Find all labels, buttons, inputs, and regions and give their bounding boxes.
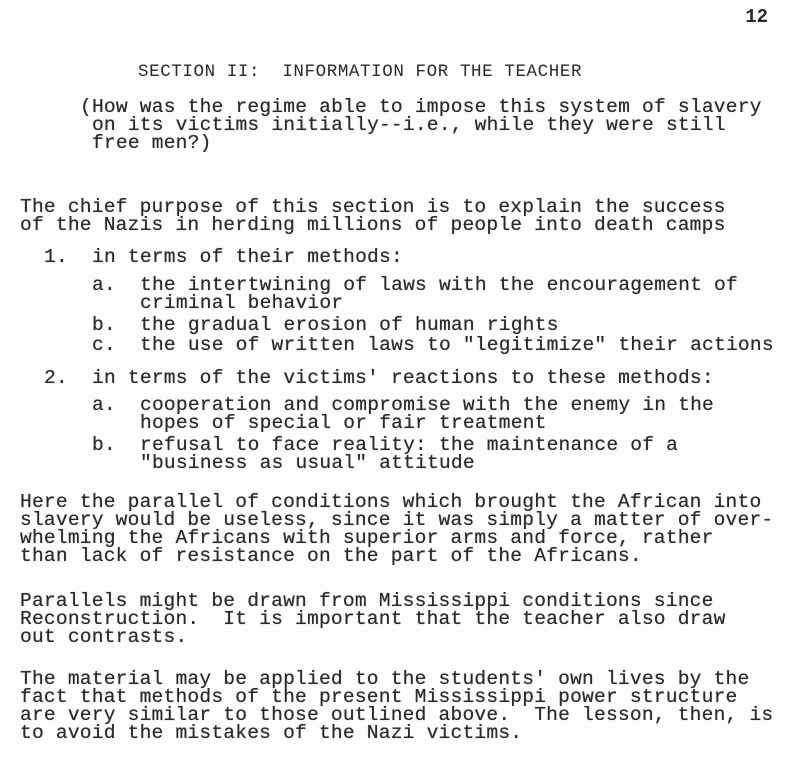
item-letter: a. [92,276,116,294]
item-line: "business as usual" attitude [140,454,678,472]
item-1b: the gradual erosion of human rights [140,316,559,334]
paragraph-mississippi-parallels: Parallels might be drawn from Mississipp… [20,592,726,646]
item-letter: c. [92,336,116,354]
intro-paragraph: The chief purpose of this section is to … [20,198,726,234]
point-heading: in terms of their methods: [92,248,403,266]
item-letter: b. [92,436,116,454]
paragraph-application: The material may be applied to the stude… [20,670,773,742]
item-letter: a. [92,396,116,414]
document-page: 12 SECTION II: INFORMATION FOR THE TEACH… [0,0,796,759]
paragraph-line: to avoid the mistakes of the Nazi victim… [20,724,773,742]
item-2a: cooperation and compromise with the enem… [140,396,714,432]
guiding-question: (How was the regime able to impose this … [80,98,762,152]
paragraph-line: than lack of resistance on the part of t… [20,547,773,565]
item-letter: b. [92,316,116,334]
point-heading: in terms of the victims' reactions to th… [92,369,714,387]
paragraph-african-parallel: Here the parallel of conditions which br… [20,493,773,565]
item-line: hopes of special or fair treatment [140,414,714,432]
paragraph-line: out contrasts. [20,628,726,646]
question-line: free men?) [80,134,762,152]
point-number: 1. [44,248,68,266]
page-number: 12 [745,6,768,28]
item-2b: refusal to face reality: the maintenance… [140,436,678,472]
item-1a: the intertwining of laws with the encour… [140,276,738,312]
section-title: SECTION II: INFORMATION FOR THE TEACHER [138,62,582,82]
item-1c: the use of written laws to "legitimize" … [140,336,774,354]
intro-line: of the Nazis in herding millions of peop… [20,216,726,234]
point-number: 2. [44,369,68,387]
item-line: criminal behavior [140,294,738,312]
